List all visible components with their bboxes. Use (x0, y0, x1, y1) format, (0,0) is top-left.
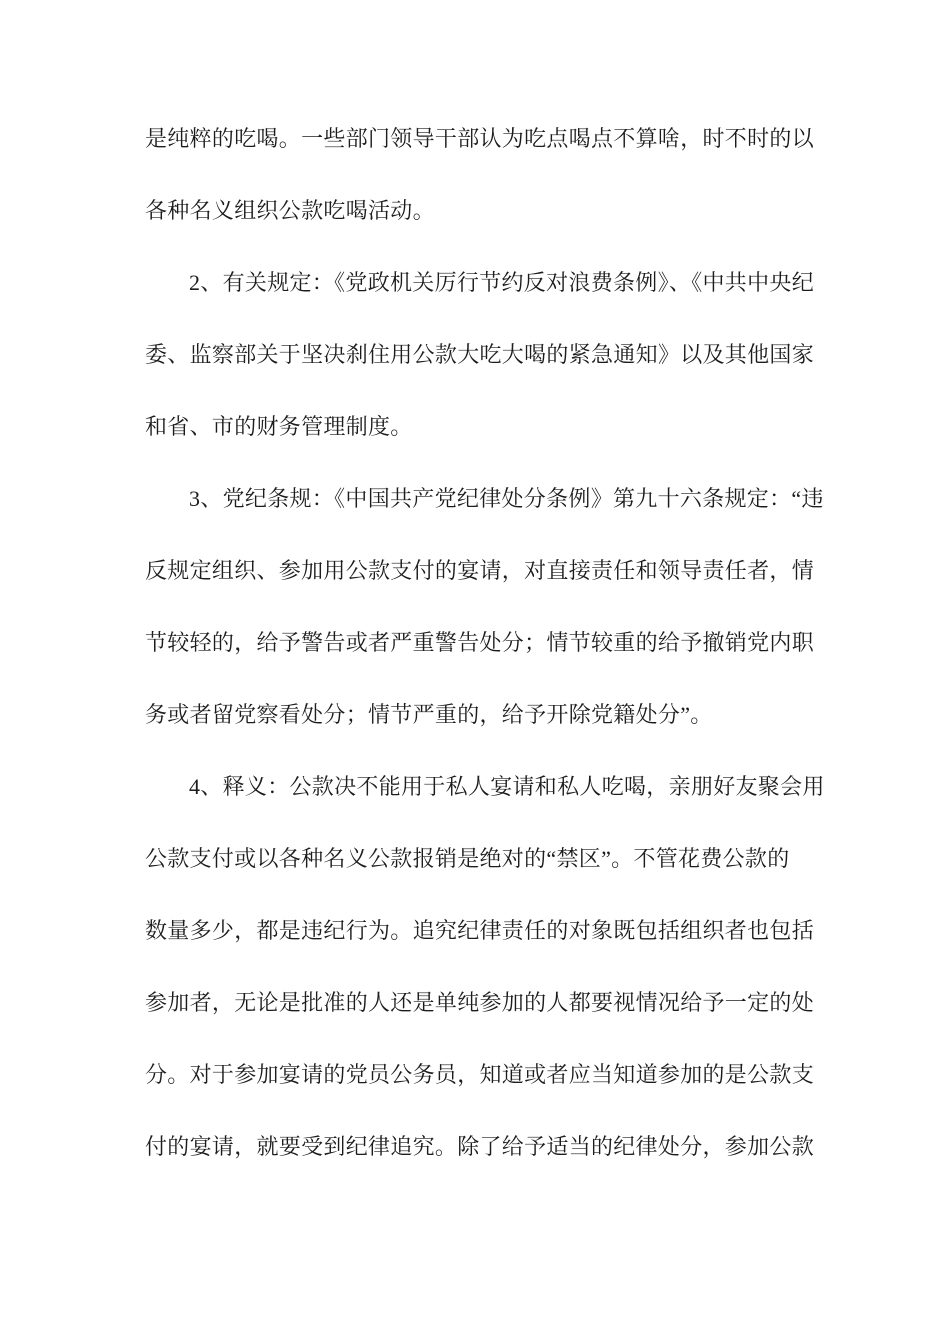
document-line: 付的宴请，就要受到纪律追究。除了给予适当的纪律处分，参加公款 (145, 1111, 817, 1183)
document-line: 4、释义：公款决不能用于私人宴请和私人吃喝，亲朋好友聚会用 (145, 751, 817, 823)
document-paragraph: 2、有关规定：《党政机关厉行节约反对浪费条例》、《中共中央纪委、监察部关于坚决刹… (145, 247, 817, 463)
document-paragraph: 3、党纪条规：《中国共产党纪律处分条例》第九十六条规定：“违反规定组织、参加用公… (145, 463, 817, 751)
document-page: 是纯粹的吃喝。一些部门领导干部认为吃点喝点不算啥，时不时的以各种名义组织公款吃喝… (0, 0, 950, 1344)
document-line: 3、党纪条规：《中国共产党纪律处分条例》第九十六条规定：“违 (145, 463, 817, 535)
document-line: 是纯粹的吃喝。一些部门领导干部认为吃点喝点不算啥，时不时的以 (145, 103, 817, 175)
document-paragraph: 4、释义：公款决不能用于私人宴请和私人吃喝，亲朋好友聚会用公款支付或以各种名义公… (145, 751, 817, 1183)
document-line: 分。对于参加宴请的党员公务员，知道或者应当知道参加的是公款支 (145, 1039, 817, 1111)
document-line: 反规定组织、参加用公款支付的宴请，对直接责任和领导责任者，情 (145, 535, 817, 607)
document-line: 委、监察部关于坚决刹住用公款大吃大喝的紧急通知》以及其他国家 (145, 319, 817, 391)
document-line: 节较轻的，给予警告或者严重警告处分；情节较重的给予撤销党内职 (145, 607, 817, 679)
document-line: 2、有关规定：《党政机关厉行节约反对浪费条例》、《中共中央纪 (145, 247, 817, 319)
document-line: 数量多少，都是违纪行为。追究纪律责任的对象既包括组织者也包括 (145, 895, 817, 967)
document-paragraph: 是纯粹的吃喝。一些部门领导干部认为吃点喝点不算啥，时不时的以各种名义组织公款吃喝… (145, 103, 817, 247)
document-line: 公款支付或以各种名义公款报销是绝对的“禁区”。不管花费公款的 (145, 823, 817, 895)
document-line: 各种名义组织公款吃喝活动。 (145, 175, 817, 247)
document-line: 和省、市的财务管理制度。 (145, 391, 817, 463)
document-line: 参加者，无论是批准的人还是单纯参加的人都要视情况给予一定的处 (145, 967, 817, 1039)
document-line: 务或者留党察看处分；情节严重的，给予开除党籍处分”。 (145, 679, 817, 751)
document-body: 是纯粹的吃喝。一些部门领导干部认为吃点喝点不算啥，时不时的以各种名义组织公款吃喝… (145, 103, 817, 1183)
